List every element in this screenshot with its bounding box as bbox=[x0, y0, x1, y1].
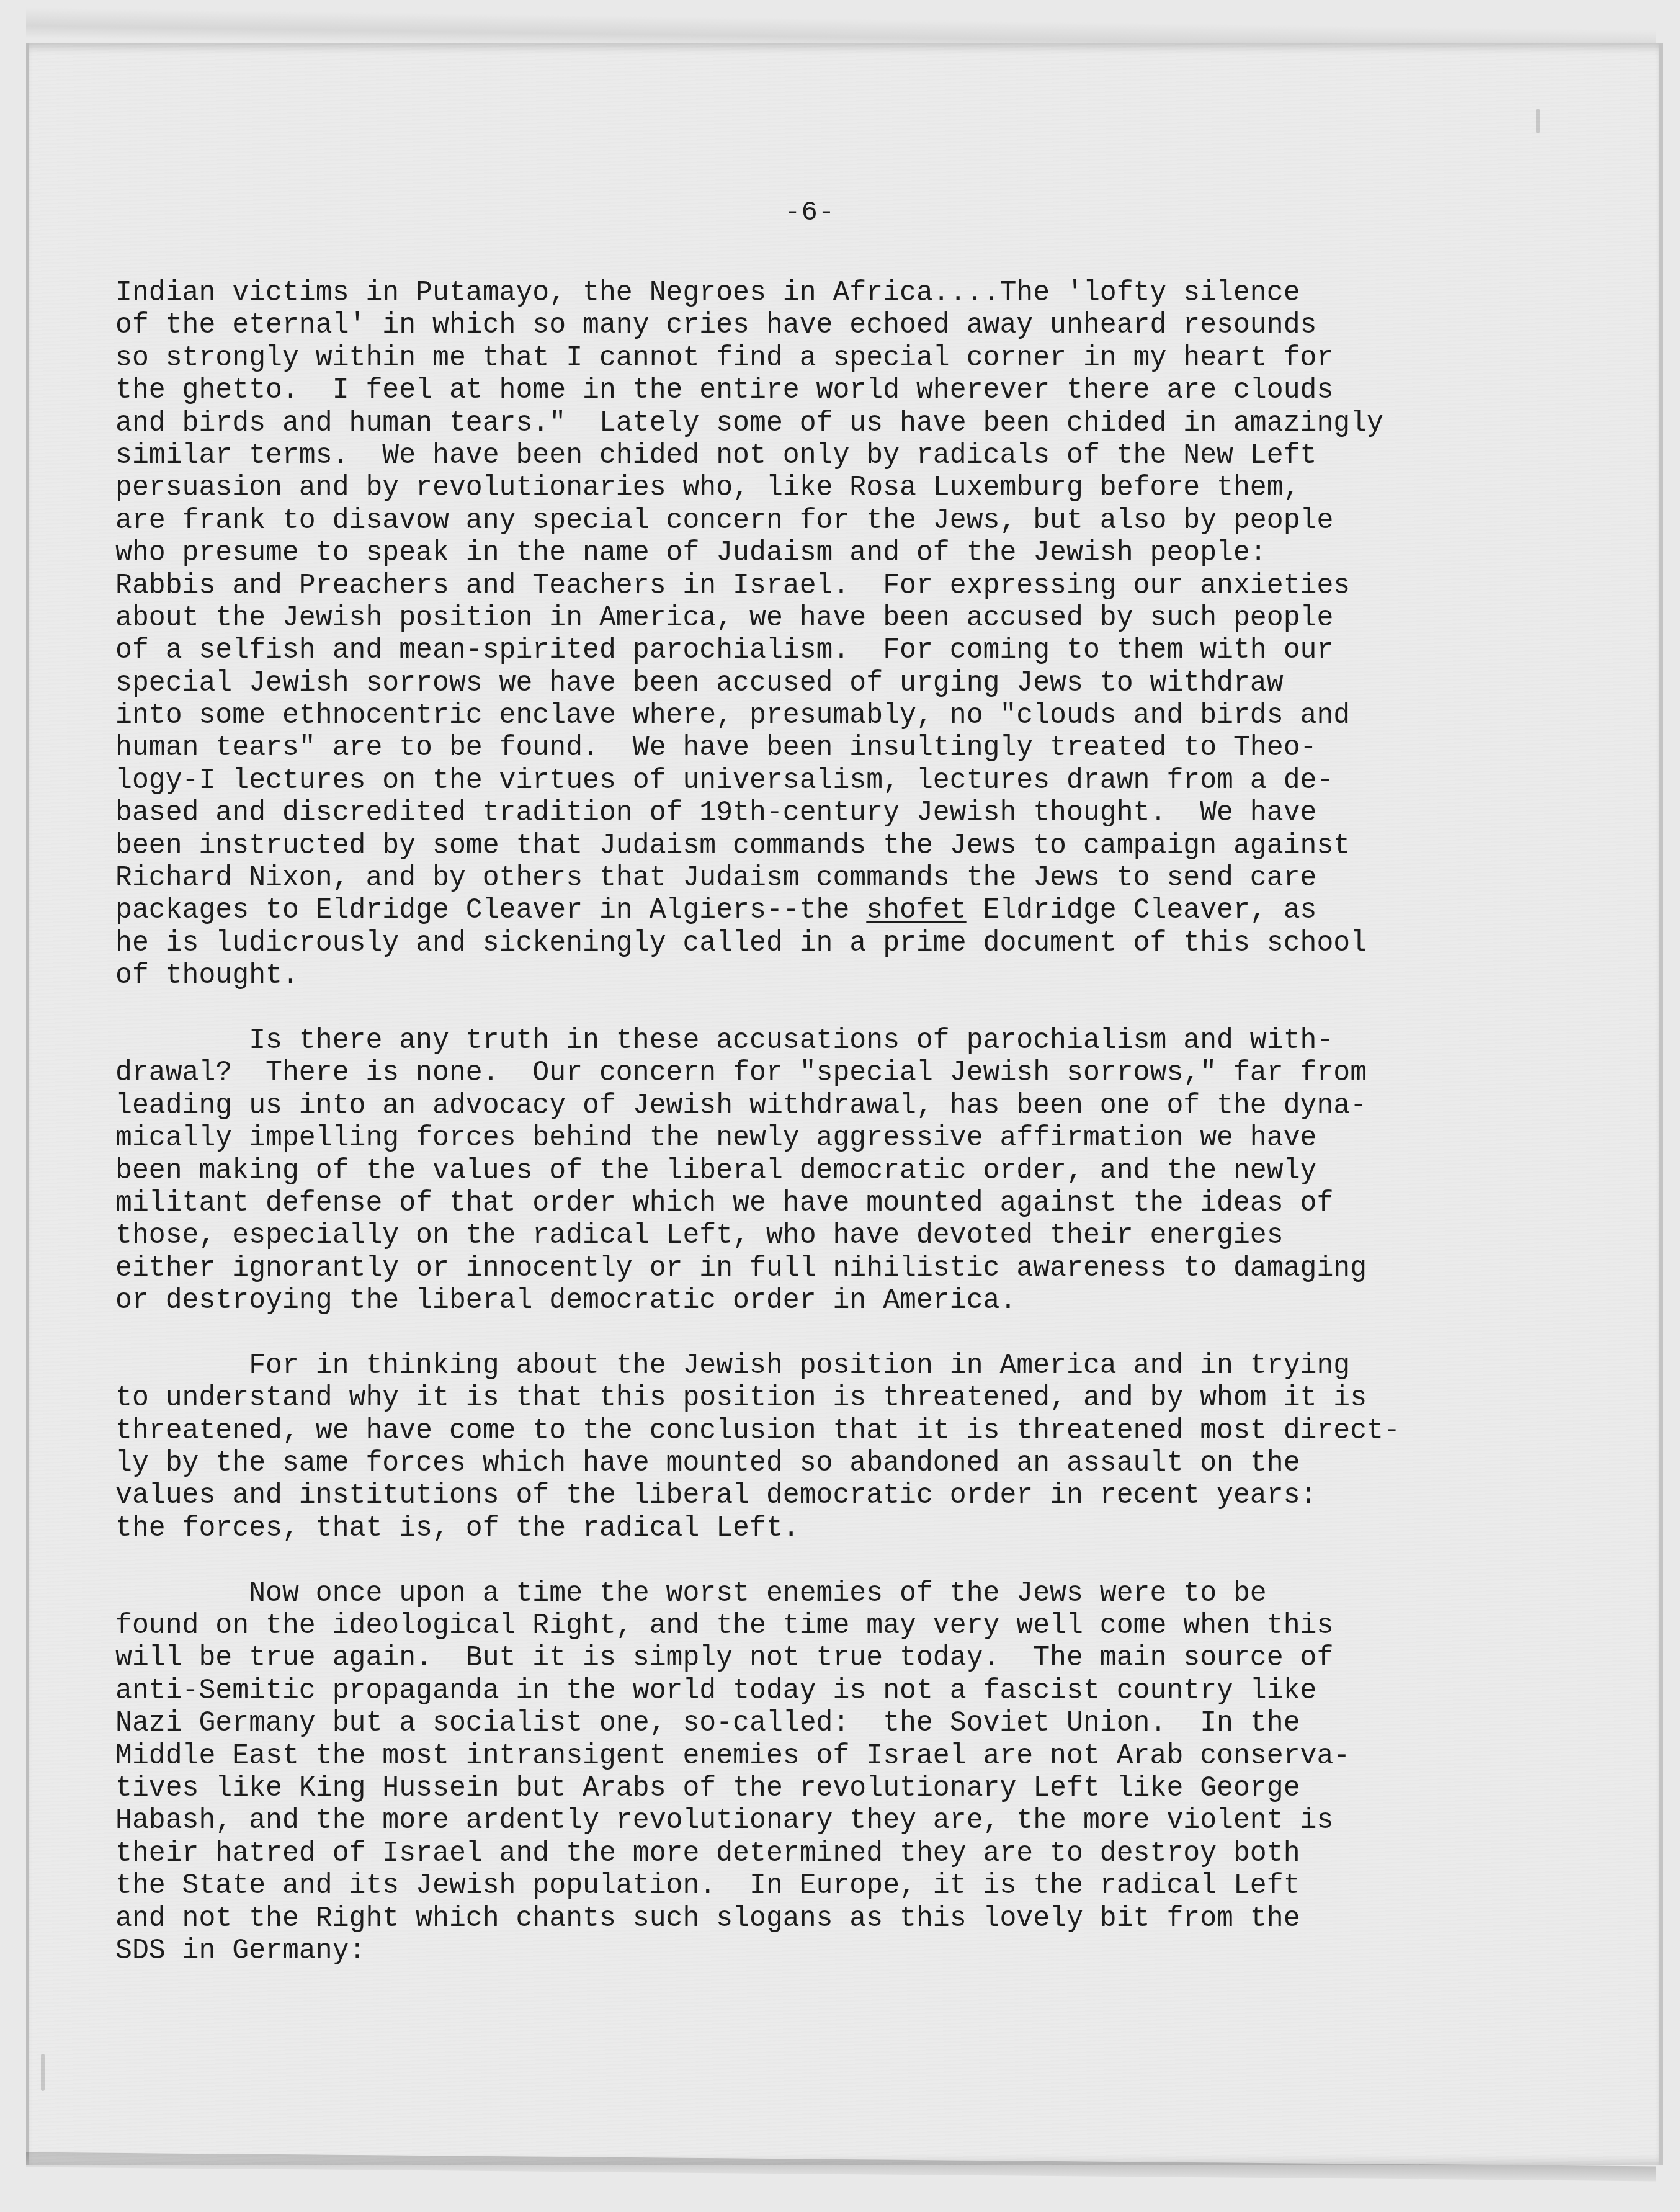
text-line: ly by the same forces which have mounted… bbox=[115, 1447, 1582, 1479]
text-line: their hatred of Israel and the more dete… bbox=[115, 1837, 1582, 1869]
paragraph: Is there any truth in these accusations … bbox=[115, 1024, 1582, 1317]
text-line: Rabbis and Preachers and Teachers in Isr… bbox=[115, 570, 1582, 602]
text-line: Indian victims in Putamayo, the Negroes … bbox=[115, 277, 1582, 309]
document-body: Indian victims in Putamayo, the Negroes … bbox=[115, 277, 1582, 1967]
text-line: so strongly within me that I cannot find… bbox=[115, 342, 1582, 374]
text-line: logy-I lectures on the virtues of univer… bbox=[115, 764, 1582, 797]
scan-mark bbox=[41, 2054, 45, 2091]
text-line: based and discredited tradition of 19th-… bbox=[115, 797, 1582, 829]
text-segment: Eldridge Cleaver, as bbox=[967, 894, 1317, 926]
text-segment: packages to Eldridge Cleaver in Algiers-… bbox=[115, 894, 866, 926]
text-line: special Jewish sorrows we have been accu… bbox=[115, 667, 1582, 699]
text-line: and birds and human tears." Lately some … bbox=[115, 407, 1582, 439]
text-line: of a selfish and mean-spirited parochial… bbox=[115, 634, 1582, 666]
text-line: Richard Nixon, and by others that Judais… bbox=[115, 862, 1582, 894]
scan-mark bbox=[1536, 109, 1540, 133]
paragraph: For in thinking about the Jewish positio… bbox=[115, 1350, 1582, 1544]
text-line: anti-Semitic propaganda in the world tod… bbox=[115, 1675, 1582, 1707]
text-line: those, especially on the radical Left, w… bbox=[115, 1219, 1582, 1252]
text-line: mically impelling forces behind the newl… bbox=[115, 1122, 1582, 1154]
text-line: will be true again. But it is simply not… bbox=[115, 1642, 1582, 1674]
text-line: or destroying the liberal democratic ord… bbox=[115, 1284, 1582, 1317]
text-line: Is there any truth in these accusations … bbox=[115, 1024, 1582, 1057]
text-line: about the Jewish position in America, we… bbox=[115, 602, 1582, 634]
text-line: of thought. bbox=[115, 959, 1582, 992]
text-line: values and institutions of the liberal d… bbox=[115, 1479, 1582, 1511]
text-line: human tears" are to be found. We have be… bbox=[115, 732, 1582, 764]
text-line: of the eternal' in which so many cries h… bbox=[115, 309, 1582, 341]
text-line-with-emphasis: packages to Eldridge Cleaver in Algiers-… bbox=[115, 894, 1582, 926]
text-line: similar terms. We have been chided not o… bbox=[115, 439, 1582, 472]
text-line: been instructed by some that Judaism com… bbox=[115, 830, 1582, 862]
text-line: he is ludicrously and sickeningly called… bbox=[115, 927, 1582, 959]
text-line: drawal? There is none. Our concern for "… bbox=[115, 1057, 1582, 1089]
text-line: persuasion and by revolutionaries who, l… bbox=[115, 472, 1582, 504]
text-line: leading us into an advocacy of Jewish wi… bbox=[115, 1090, 1582, 1122]
text-line: tives like King Hussein but Arabs of the… bbox=[115, 1772, 1582, 1804]
page-number: -6- bbox=[784, 197, 835, 228]
text-line: Middle East the most intransigent enemie… bbox=[115, 1740, 1582, 1772]
text-line: been making of the values of the liberal… bbox=[115, 1155, 1582, 1187]
paragraph-gap bbox=[115, 1544, 1582, 1577]
text-line: who presume to speak in the name of Juda… bbox=[115, 537, 1582, 569]
text-line: For in thinking about the Jewish positio… bbox=[115, 1350, 1582, 1382]
paragraph-gap bbox=[115, 1317, 1582, 1350]
paragraph: Indian victims in Putamayo, the Negroes … bbox=[115, 277, 1582, 992]
text-line: militant defense of that order which we … bbox=[115, 1187, 1582, 1219]
text-line: Habash, and the more ardently revolution… bbox=[115, 1804, 1582, 1837]
underlined-term: shofet bbox=[866, 894, 966, 926]
text-line: the forces, that is, of the radical Left… bbox=[115, 1512, 1582, 1544]
text-line: SDS in Germany: bbox=[115, 1935, 1582, 1967]
paragraph: Now once upon a time the worst enemies o… bbox=[115, 1577, 1582, 1968]
text-line: to understand why it is that this positi… bbox=[115, 1382, 1582, 1414]
text-line: are frank to disavow any special concern… bbox=[115, 504, 1582, 537]
text-line: found on the ideological Right, and the … bbox=[115, 1610, 1582, 1642]
text-line: Now once upon a time the worst enemies o… bbox=[115, 1577, 1582, 1610]
text-line: threatened, we have come to the conclusi… bbox=[115, 1415, 1582, 1447]
text-line: the State and its Jewish population. In … bbox=[115, 1869, 1582, 1902]
text-line: Nazi Germany but a socialist one, so-cal… bbox=[115, 1707, 1582, 1739]
text-line: either ignorantly or innocently or in fu… bbox=[115, 1252, 1582, 1284]
text-line: into some ethnocentric enclave where, pr… bbox=[115, 699, 1582, 732]
text-line: the ghetto. I feel at home in the entire… bbox=[115, 374, 1582, 406]
text-line: and not the Right which chants such slog… bbox=[115, 1902, 1582, 1935]
paragraph-gap bbox=[115, 992, 1582, 1024]
